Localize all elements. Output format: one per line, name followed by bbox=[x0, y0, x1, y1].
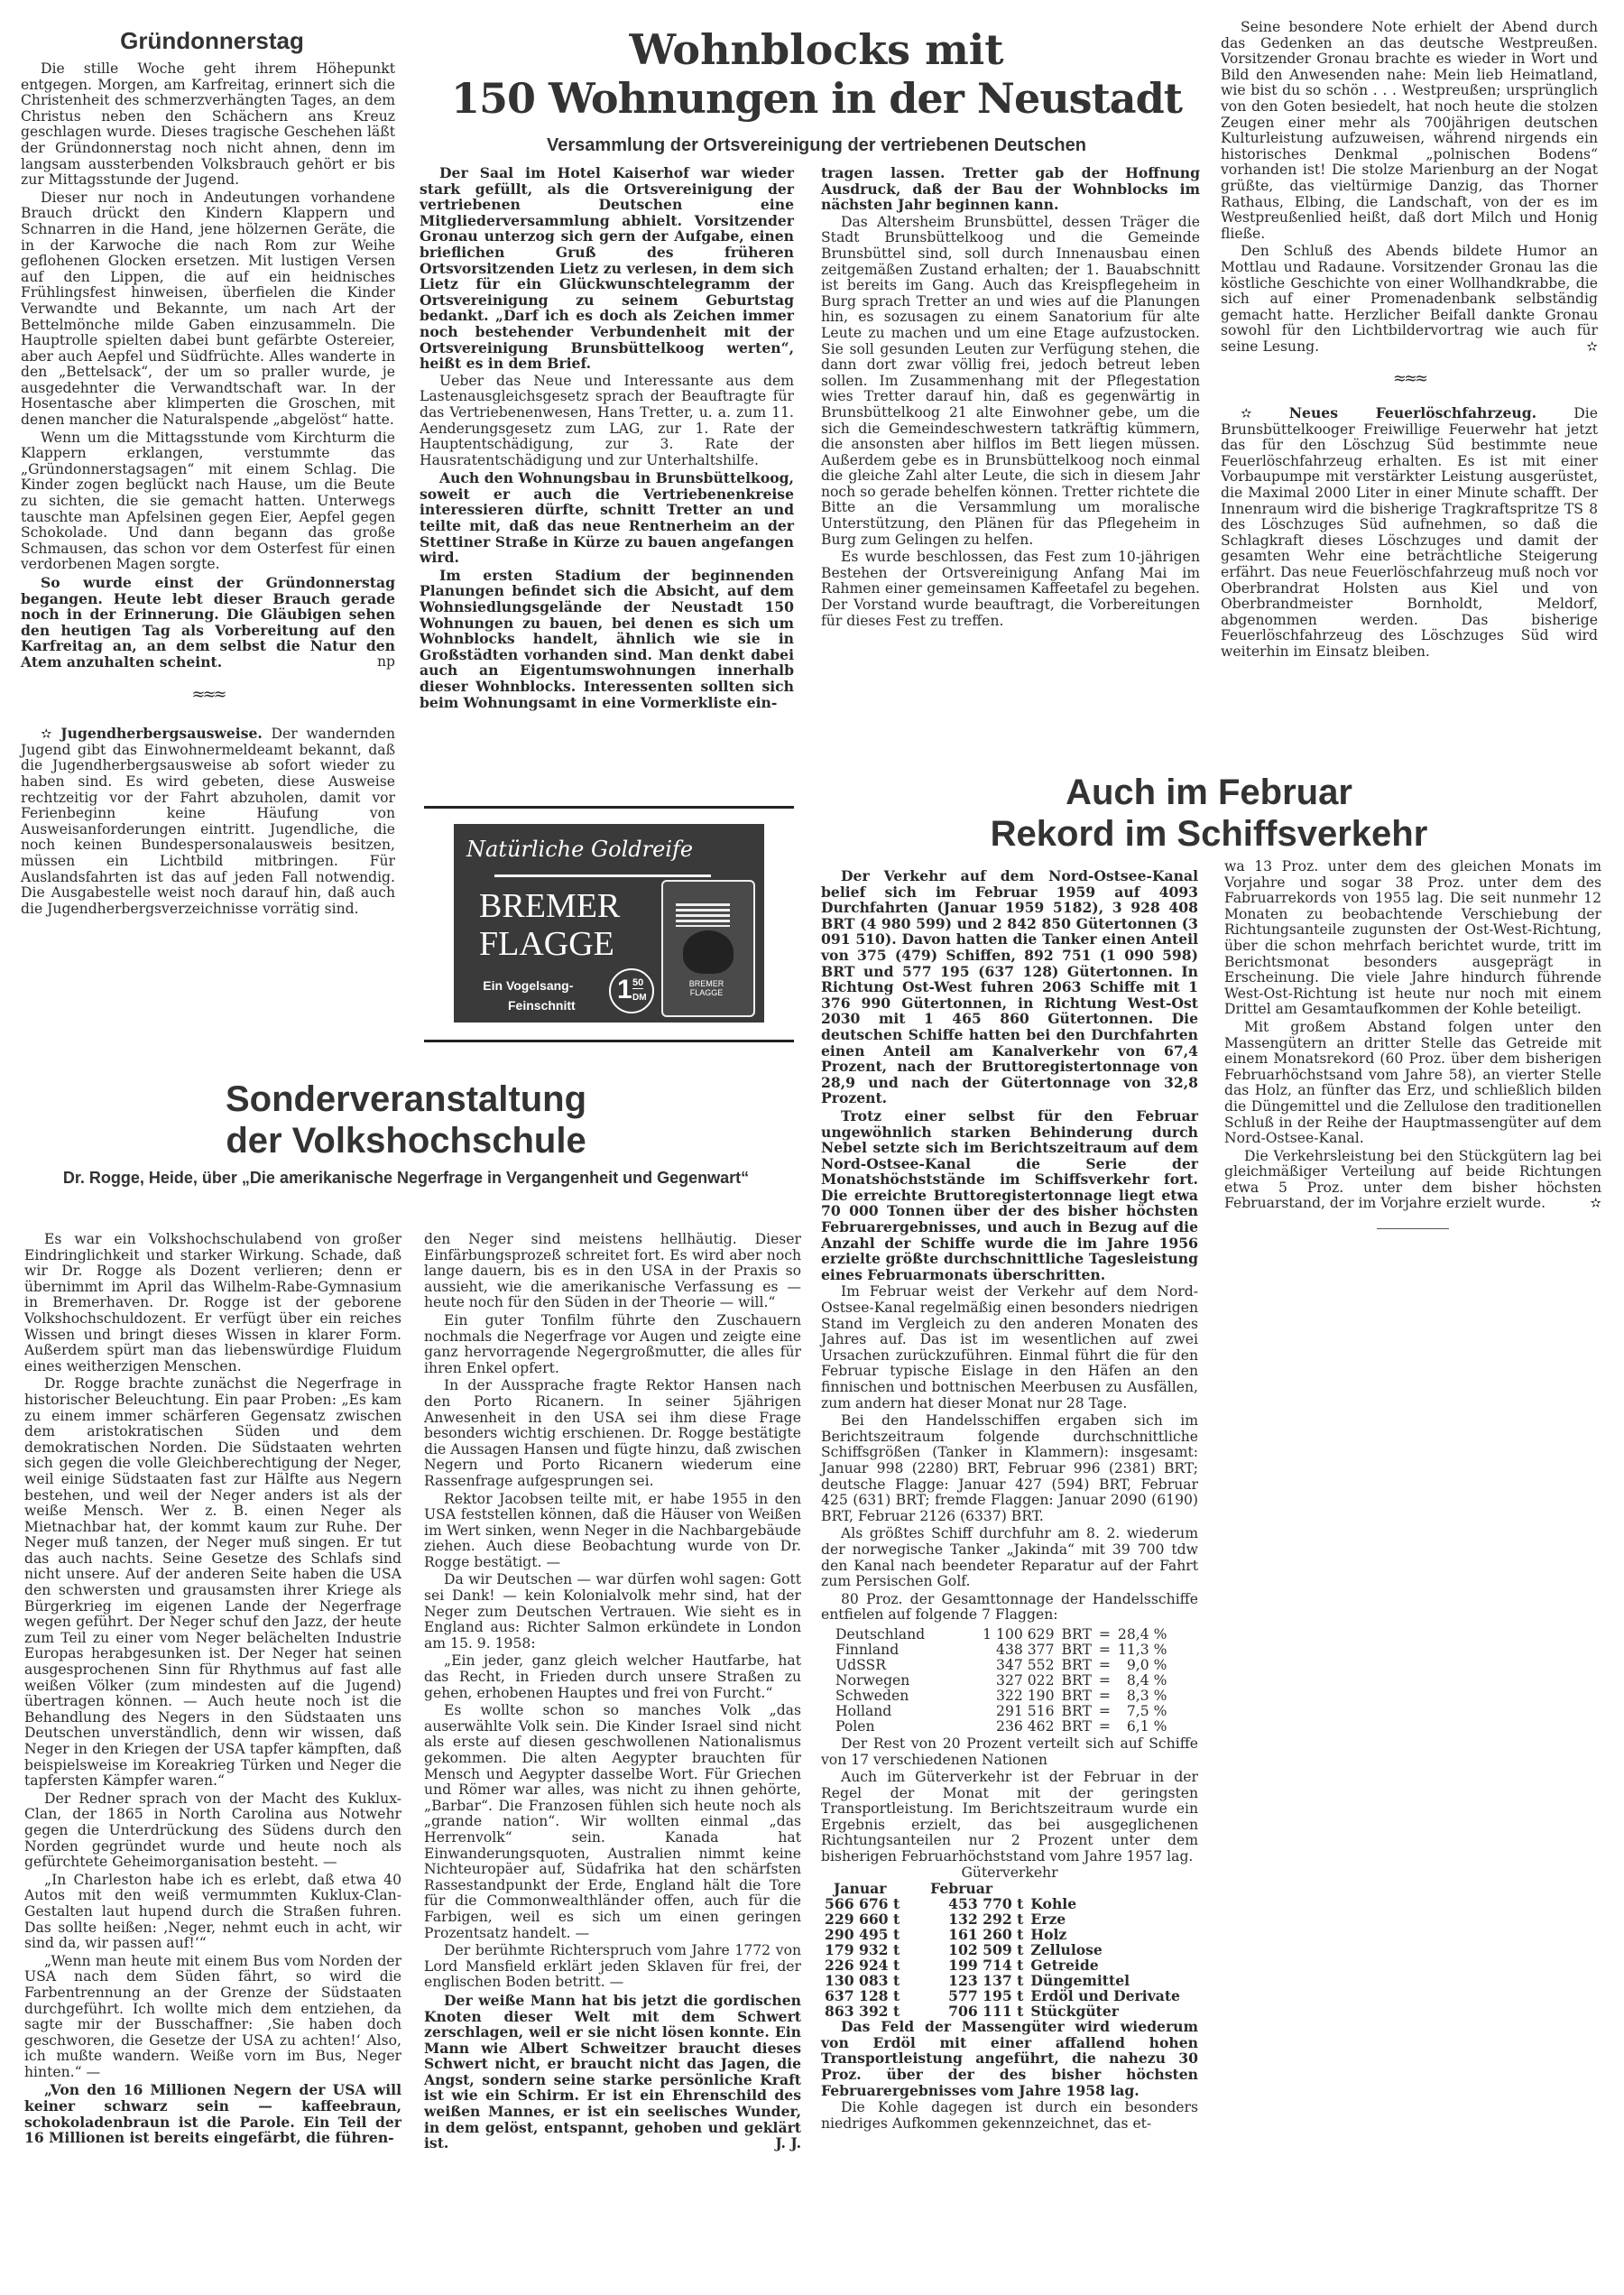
cell-feb: 199 714 t bbox=[903, 1957, 1027, 1973]
cell-pct: 7,5 % bbox=[1114, 1704, 1171, 1719]
cell-feb: 161 260 t bbox=[903, 1927, 1027, 1942]
headline-volkshochschule: Sonderveranstaltung der Volkshochschule bbox=[18, 1078, 794, 1161]
table-row: 229 660 t132 292 tErze bbox=[821, 1911, 1184, 1927]
cell-feb: 453 770 t bbox=[903, 1896, 1027, 1911]
article-jugendherberge: ✫ Jugendherbergsausweise. Der wandernden… bbox=[21, 726, 395, 917]
goods-table: Januar Februar 566 676 t453 770 tKohle22… bbox=[821, 1881, 1184, 2019]
cell-eq: = bbox=[1095, 1643, 1114, 1658]
cell-eq: = bbox=[1095, 1719, 1114, 1735]
price-badge: 1 50 DM bbox=[609, 968, 654, 1013]
cell-jan: 179 932 t bbox=[821, 1942, 903, 1957]
cell-country: UdSSR bbox=[832, 1658, 979, 1673]
cell-jan: 130 083 t bbox=[821, 1973, 903, 1988]
cell-pct: 28,4 % bbox=[1114, 1627, 1171, 1643]
cell-pct: 11,3 % bbox=[1114, 1643, 1171, 1658]
column-header bbox=[1027, 1881, 1184, 1896]
cell-eq: = bbox=[1095, 1627, 1114, 1643]
table-row: 290 495 t161 260 tHolz bbox=[821, 1927, 1184, 1942]
cell-brt: 291 516 bbox=[979, 1704, 1057, 1719]
table-row: 179 932 t102 509 tZellulose bbox=[821, 1942, 1184, 1957]
article-schiffsverkehr-col1: Der Verkehr auf dem Nord-Ostsee-Kanal be… bbox=[821, 868, 1198, 2132]
cell-item: Kohle bbox=[1027, 1896, 1184, 1911]
article-schiffsverkehr-col2: wa 13 Proz. unter dem des gleichen Monat… bbox=[1224, 859, 1601, 1229]
cell-brt: 236 462 bbox=[979, 1719, 1057, 1735]
cell-item: Holz bbox=[1027, 1927, 1184, 1942]
column-header: Januar bbox=[821, 1881, 903, 1896]
cell-jan: 229 660 t bbox=[821, 1911, 903, 1927]
section-separator: ≈≈≈ bbox=[21, 687, 395, 703]
ad-brand: BREMER FLAGGE bbox=[479, 887, 620, 963]
article-gruendonnerstag: Die stille Woche geht ihrem Höhepunkt en… bbox=[21, 61, 395, 917]
ship-emblem bbox=[683, 930, 734, 974]
table-row: Holland291 516BRT=7,5 % bbox=[832, 1704, 1170, 1719]
subheadline-wohnblocks: Versammlung der Ortsvereinigung der vert… bbox=[411, 135, 1223, 156]
article-volkshochschule-col2: den Neger sind meistens hellhäutig. Dies… bbox=[424, 1232, 801, 2152]
article-wohnblocks-col3: Seine besondere Note erhielt der Abend d… bbox=[1221, 20, 1598, 661]
table-row: Polen236 462BRT=6,1 % bbox=[832, 1719, 1170, 1735]
lead-in: Jugendherbergsausweise. bbox=[60, 725, 263, 742]
cell-eq: = bbox=[1095, 1689, 1114, 1704]
article-feuerloesch: ✫ Neues Feuerlöschfahrzeug. Die Brunsbüt… bbox=[1221, 405, 1598, 661]
cell-unit: BRT bbox=[1058, 1658, 1095, 1673]
cell-brt: 438 377 bbox=[979, 1643, 1057, 1658]
column-header: Februar bbox=[903, 1881, 1027, 1896]
cell-eq: = bbox=[1095, 1673, 1114, 1689]
cell-country: Holland bbox=[832, 1704, 979, 1719]
star-icon: ✫ bbox=[1566, 339, 1598, 356]
cell-unit: BRT bbox=[1058, 1673, 1095, 1689]
cell-country: Norwegen bbox=[832, 1673, 979, 1689]
flag-icon bbox=[676, 903, 730, 927]
cell-jan: 226 924 t bbox=[821, 1957, 903, 1973]
flags-table: Deutschland1 100 629BRT=28,4 %Finnland43… bbox=[832, 1627, 1170, 1735]
goods-table-title: Güterverkehr bbox=[821, 1865, 1198, 1882]
table-row: 566 676 t453 770 tKohle bbox=[821, 1896, 1184, 1911]
cell-eq: = bbox=[1095, 1658, 1114, 1673]
paragraph: Die stille Woche geht ihrem Höhepunkt en… bbox=[21, 61, 395, 189]
paragraph: So wurde einst der Gründonnerstag begang… bbox=[21, 575, 395, 671]
cell-brt: 1 100 629 bbox=[979, 1627, 1057, 1643]
cell-item: Zellulose bbox=[1027, 1942, 1184, 1957]
cell-pct: 8,4 % bbox=[1114, 1673, 1171, 1689]
table-row: UdSSR347 552BRT=9,0 % bbox=[832, 1658, 1170, 1673]
cell-unit: BRT bbox=[1058, 1719, 1095, 1735]
cell-feb: 132 292 t bbox=[903, 1911, 1027, 1927]
cell-brt: 322 190 bbox=[979, 1689, 1057, 1704]
cell-item: Düngemittel bbox=[1027, 1973, 1184, 1988]
table-row: 637 128 t577 195 tErdöl und Derivate bbox=[821, 1988, 1184, 2003]
divider bbox=[424, 1040, 794, 1042]
advertisement-bremer-flagge: Natürliche Goldreife BREMER FLAGGE Ein V… bbox=[454, 824, 764, 1023]
cell-unit: BRT bbox=[1058, 1689, 1095, 1704]
cell-jan: 290 495 t bbox=[821, 1927, 903, 1942]
cell-country: Deutschland bbox=[832, 1627, 979, 1643]
paragraph: Dieser nur noch in Andeutungen vorhanden… bbox=[21, 190, 395, 429]
cell-jan: 637 128 t bbox=[821, 1988, 903, 2003]
table-row: 863 392 t706 111 tStückgüter bbox=[821, 2003, 1184, 2019]
author-signature: J. J. bbox=[755, 2135, 801, 2152]
cell-pct: 9,0 % bbox=[1114, 1658, 1171, 1673]
cell-feb: 123 137 t bbox=[903, 1973, 1027, 1988]
cell-country: Polen bbox=[832, 1719, 979, 1735]
cell-jan: 863 392 t bbox=[821, 2003, 903, 2019]
cell-item: Getreide bbox=[1027, 1957, 1184, 1973]
section-separator: ≈≈≈ bbox=[1221, 371, 1598, 387]
cell-item: Erdöl und Derivate bbox=[1027, 1988, 1184, 2003]
cell-jan: 566 676 t bbox=[821, 1896, 903, 1911]
table-row: Deutschland1 100 629BRT=28,4 % bbox=[832, 1627, 1170, 1643]
star-icon: ✫ bbox=[41, 726, 52, 742]
cell-brt: 327 022 bbox=[979, 1673, 1057, 1689]
lead-in: Neues Feuerlöschfahrzeug. bbox=[1289, 404, 1536, 421]
cell-unit: BRT bbox=[1058, 1643, 1095, 1658]
star-icon: ✫ bbox=[1570, 1196, 1601, 1212]
article-wohnblocks-col1: Der Saal im Hotel Kaiserhof war wieder s… bbox=[420, 165, 794, 710]
cell-feb: 706 111 t bbox=[903, 2003, 1027, 2019]
cell-brt: 347 552 bbox=[979, 1658, 1057, 1673]
article-volkshochschule-col1: Es war ein Volkshochschulabend von große… bbox=[24, 1232, 401, 2146]
cell-item: Stückgüter bbox=[1027, 2003, 1184, 2019]
ad-underline bbox=[494, 875, 711, 877]
cell-pct: 6,1 % bbox=[1114, 1719, 1171, 1735]
table-row: Finnland438 377BRT=11,3 % bbox=[832, 1643, 1170, 1658]
cell-unit: BRT bbox=[1058, 1627, 1095, 1643]
ad-slogan: Natürliche Goldreife bbox=[466, 837, 693, 862]
paragraph: Wenn um die Mittagsstunde vom Kirchturm … bbox=[21, 430, 395, 573]
article-wohnblocks-col2: tragen lassen. Tretter gab der Hoffnung … bbox=[821, 165, 1200, 629]
ad-tagline: Ein Vogelsang- Feinschnitt bbox=[481, 976, 576, 1015]
tobacco-pack-icon: BREMER FLAGGE bbox=[661, 880, 755, 1017]
author-signature: np bbox=[357, 654, 395, 671]
cell-country: Finnland bbox=[832, 1643, 979, 1658]
cell-feb: 577 195 t bbox=[903, 1988, 1027, 2003]
headline-gruendonnerstag: Gründonnerstag bbox=[18, 27, 406, 55]
table-row: Norwegen327 022BRT=8,4 % bbox=[832, 1673, 1170, 1689]
divider bbox=[424, 806, 794, 809]
cell-country: Schweden bbox=[832, 1689, 979, 1704]
table-row: Schweden322 190BRT=8,3 % bbox=[832, 1689, 1170, 1704]
star-icon: ✫ bbox=[1241, 405, 1252, 421]
cell-pct: 8,3 % bbox=[1114, 1689, 1171, 1704]
table-row: 226 924 t199 714 tGetreide bbox=[821, 1957, 1184, 1973]
cell-feb: 102 509 t bbox=[903, 1942, 1027, 1957]
table-row: 130 083 t123 137 tDüngemittel bbox=[821, 1973, 1184, 1988]
headline-schiffsverkehr: Auch im Februar Rekord im Schiffsverkehr bbox=[803, 772, 1615, 855]
cell-item: Erze bbox=[1027, 1911, 1184, 1927]
subheadline-volkshochschule: Dr. Rogge, Heide, über „Die amerikanisch… bbox=[18, 1169, 794, 1188]
cell-eq: = bbox=[1095, 1704, 1114, 1719]
divider bbox=[1377, 1228, 1449, 1229]
cell-unit: BRT bbox=[1058, 1704, 1095, 1719]
headline-wohnblocks: Wohnblocks mit 150 Wohnungen in der Neus… bbox=[411, 25, 1223, 123]
